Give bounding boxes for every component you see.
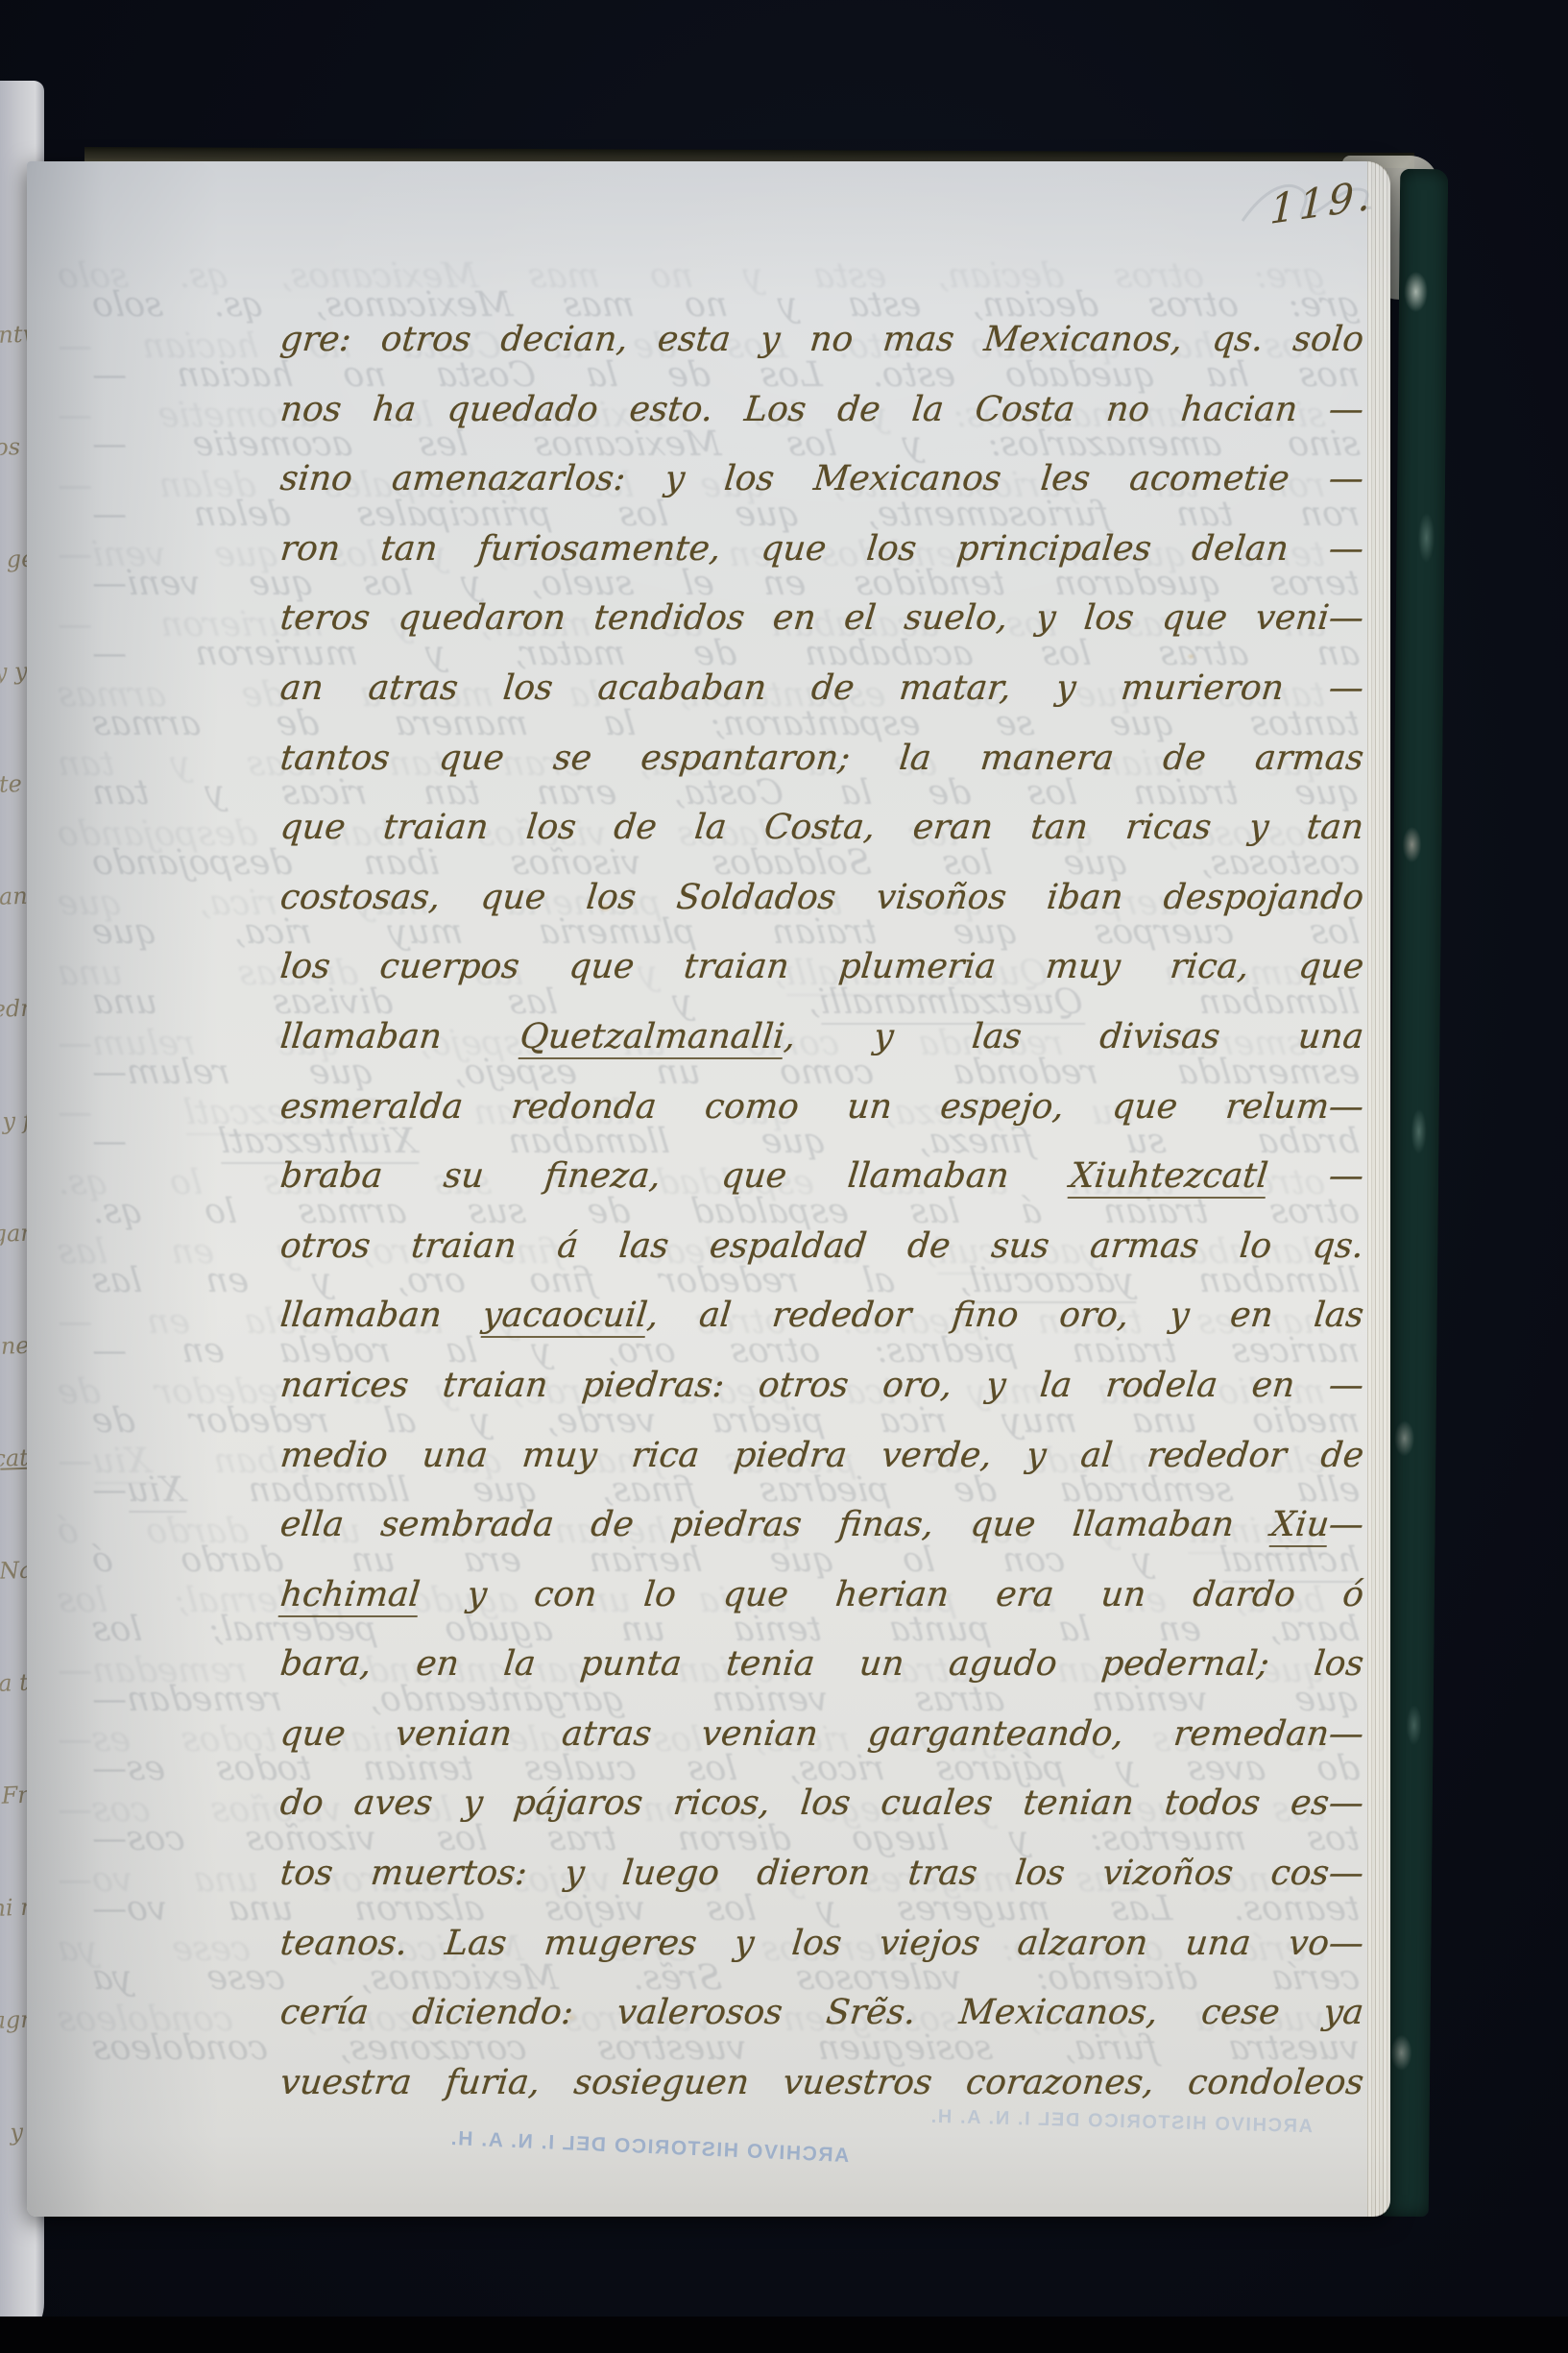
- manuscript-line: que traian los de la Costa, eran tan ric…: [277, 793, 1367, 863]
- manuscript-line: teanos. Las mugeres y los viejos alzaron…: [277, 1909, 1367, 1979]
- line-segment: , y las divisas una: [783, 1017, 1365, 1056]
- book-cover-marbled-edge: [1381, 169, 1448, 2217]
- line-segment: teros quedaron tendidos en el suelo, y l…: [278, 598, 1365, 638]
- manuscript-line: llamaban yacaocuil, al rededor fino oro,…: [277, 1281, 1367, 1351]
- line-segment: llamaban: [278, 1296, 485, 1335]
- line-segment: nos ha quedado esto. Los de la Costa no …: [278, 390, 1365, 429]
- backdrop-bottom-band: [0, 2317, 1568, 2353]
- line-segment: —: [1266, 1156, 1365, 1196]
- line-segment: do aves y pájaros ricos, los cuales teni…: [278, 1783, 1365, 1823]
- manuscript-line: braba su fineza, que llamaban Xiuhtezcat…: [277, 1142, 1367, 1212]
- line-segment: llamaban: [278, 1017, 522, 1056]
- line-segment: medio una muy rica piedra verde, y al re…: [278, 1436, 1365, 1475]
- line-segment: gre: otros decian, esta y no mas Mexican…: [56, 256, 1327, 296]
- line-segment: tos muertos: y luego dieron tras los viz…: [278, 1854, 1365, 1893]
- line-segment: gre: otros decian, esta y no mas Mexican…: [278, 320, 1365, 359]
- handwritten-text-block: gre: otros decian, esta y no mas Mexican…: [280, 305, 1363, 2118]
- line-segment: que venian atras venian garganteando, re…: [278, 1714, 1365, 1754]
- manuscript-line: otros traian á las espaldad de sus armas…: [277, 1212, 1367, 1282]
- underlined-term: Quetzalmanalli: [518, 1017, 786, 1059]
- line-segment: otros traian á las espaldad de sus armas…: [278, 1226, 1365, 1266]
- manuscript-line: teros quedaron tendidos en el suelo, y l…: [277, 584, 1367, 654]
- manuscript-line: vuestra furia, sosieguen vuestros corazo…: [277, 2049, 1367, 2119]
- underlined-term: Xiu: [90, 1442, 153, 1484]
- manuscript-line: nos ha quedado esto. Los de la Costa no …: [277, 376, 1367, 446]
- line-segment: —: [56, 1093, 186, 1132]
- manuscript-line: los cuerpos que traian plumeria muy rica…: [277, 933, 1367, 1003]
- manuscript-line: tantos que se espantaron; la manera de a…: [277, 724, 1367, 794]
- line-segment: bara, en la punta tenia un agudo pederna…: [278, 1644, 1365, 1684]
- manuscript-line: llamaban Quetzalmanalli, y las divisas u…: [277, 1003, 1367, 1073]
- line-segment: sino amenazarlos: y los Mexicanos les ac…: [278, 459, 1365, 498]
- line-segment: tantos que se espantaron; la manera de a…: [278, 739, 1365, 778]
- manuscript-line: gre: otros decian, esta y no mas Mexican…: [277, 305, 1367, 376]
- line-segment: —: [1327, 1505, 1365, 1544]
- line-segment: que traian los de la Costa, eran tan ric…: [278, 808, 1365, 847]
- line-segment: ron tan furiosamente, que los principale…: [278, 529, 1365, 569]
- manuscript-line: gre: otros decian, esta y no mas Mexican…: [54, 242, 1329, 312]
- manuscript-line: medio una muy rica piedra verde, y al re…: [277, 1421, 1367, 1492]
- manuscript-line: que venian atras venian garganteando, re…: [277, 1700, 1367, 1770]
- manuscript-line: bara, en la punta tenia un agudo pederna…: [277, 1630, 1367, 1700]
- manuscript-line: costosas, que los Soldados visoños iban …: [277, 863, 1367, 934]
- line-segment: cería diciendo: valerosos Srẽs. Mexicano…: [278, 1993, 1365, 2032]
- line-segment: vuestra furia, sosieguen vuestros corazo…: [278, 2063, 1365, 2102]
- line-segment: braba su fineza, que llamaban: [278, 1156, 1073, 1196]
- manuscript-line: ron tan furiosamente, que los principale…: [277, 515, 1367, 585]
- manuscript-line: ella sembrada de piedras finas, que llam…: [277, 1491, 1367, 1561]
- line-segment: teanos. Las mugeres y los viejos alzaron…: [278, 1924, 1365, 1963]
- line-segment: —: [56, 1442, 94, 1481]
- line-segment: , al rededor fino oro, y en las: [645, 1296, 1365, 1335]
- line-segment: an atras los acababan de matar, y murier…: [278, 668, 1365, 708]
- manuscript-line: do aves y pájaros ricos, los cuales teni…: [277, 1769, 1367, 1839]
- line-segment: y con lo que herian era un dardo ó: [418, 1575, 1365, 1614]
- manuscript-line: sino amenazarlos: y los Mexicanos les ac…: [277, 445, 1367, 515]
- underlined-term: Xiu: [1268, 1505, 1331, 1547]
- underlined-term: hchimal: [278, 1575, 422, 1617]
- manuscript-line: narices traian piedras: otros oro, y la …: [277, 1351, 1367, 1421]
- line-segment: ella sembrada de piedras finas, que llam…: [278, 1505, 1273, 1544]
- manuscript-line: an atras los acababan de matar, y murier…: [277, 654, 1367, 724]
- manuscript-line: hchimal y con lo que herian era un dardo…: [277, 1561, 1367, 1631]
- line-segment: costosas, que los Soldados visoños iban …: [278, 878, 1365, 917]
- line-segment: esmeralda redonda como un espejo, que re…: [278, 1087, 1365, 1127]
- manuscript-line: cería diciendo: valerosos Srẽs. Mexicano…: [277, 1978, 1367, 2049]
- photographed-manuscript-scene: entwos bgely ypente yandpedmy frgammeney…: [0, 0, 1568, 2353]
- manuscript-line: esmeralda redonda como un espejo, que re…: [277, 1073, 1367, 1143]
- manuscript-line: tos muertos: y luego dieron tras los viz…: [277, 1839, 1367, 1909]
- line-segment: los cuerpos que traian plumeria muy rica…: [278, 947, 1365, 986]
- underlined-term: yacaocuil: [480, 1296, 649, 1338]
- underlined-term: Xiuhtezcatl: [1068, 1156, 1269, 1199]
- line-segment: narices traian piedras: otros oro, y la …: [278, 1366, 1365, 1405]
